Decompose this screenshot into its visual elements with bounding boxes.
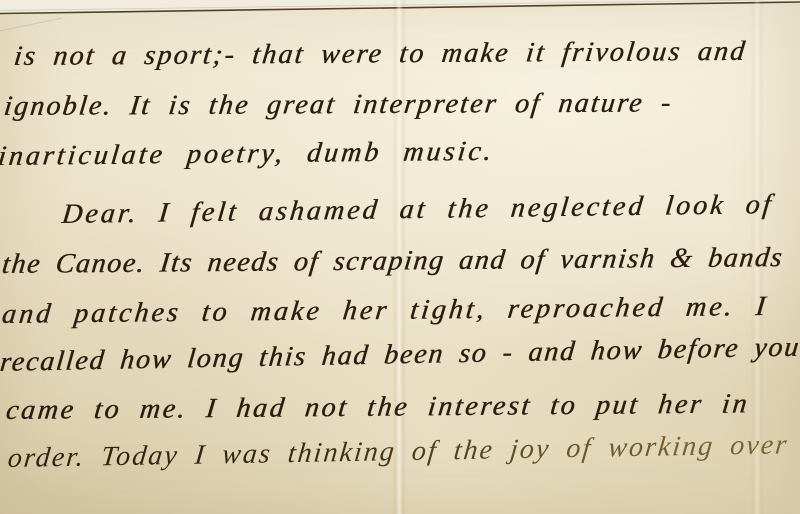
handwritten-line-6: and patches to make her tight, reproache…: [0, 290, 770, 332]
handwritten-line-2: ignoble. It is the great interpreter of …: [2, 87, 674, 124]
letter-scan-page: is not a sport;- that were to make it fr…: [0, 0, 800, 514]
handwritten-line-5: the Canoe. Its needs of scraping and of …: [0, 241, 785, 281]
handwritten-line-8: came to me. I had not the interest to pu…: [4, 388, 751, 428]
handwritten-line-3: inarticulate poetry, dumb music.: [0, 135, 496, 174]
handwritten-line-1: is not a sport;- that were to make it fr…: [12, 35, 748, 74]
handwritten-line-4: Dear. I felt ashamed at the neglected lo…: [60, 188, 775, 232]
handwritten-line-9: order. Today I was thinking of the joy o…: [6, 428, 790, 475]
top-fold-echo-line: [0, 0, 760, 11]
top-left-crease-mark: [0, 18, 62, 31]
